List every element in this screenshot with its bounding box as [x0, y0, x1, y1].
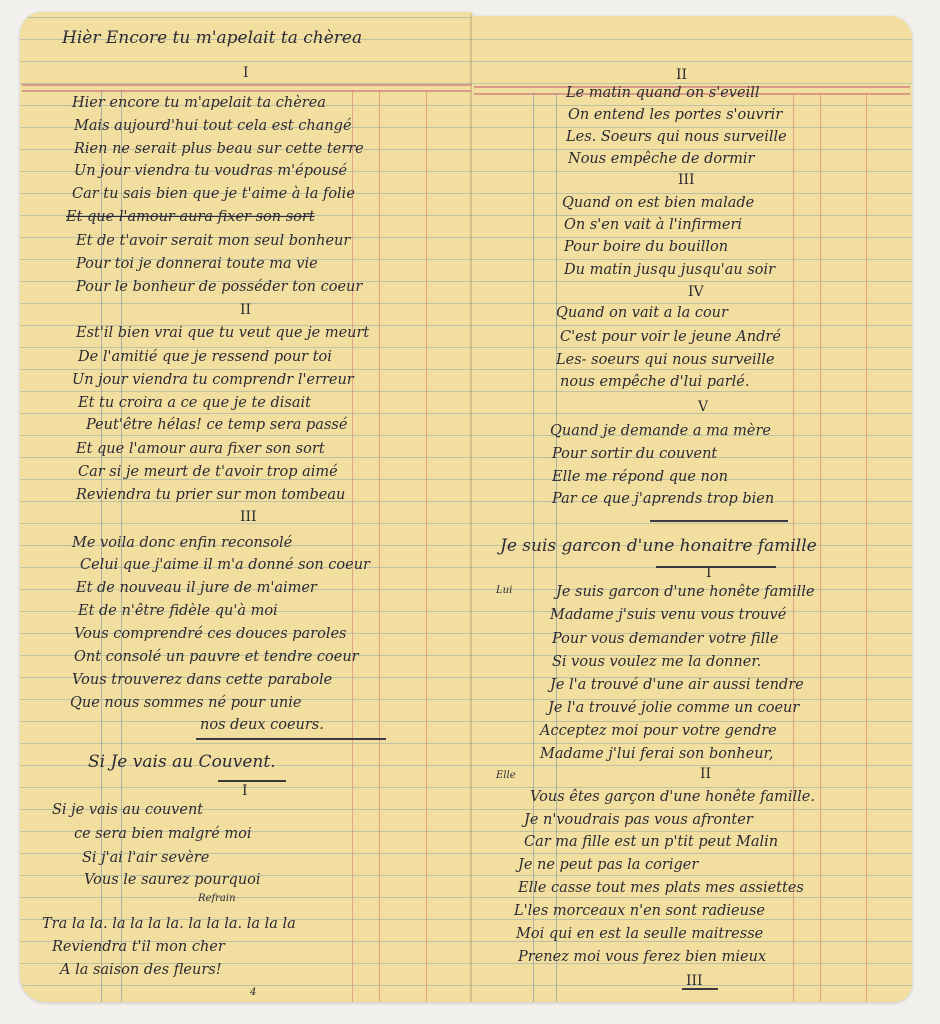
verse-line: Vous trouverez dans cette parabole [72, 673, 332, 688]
verse-line: Mais aujourd'hui tout cela est changé [74, 119, 352, 134]
song-title: Je suis garcon d'une honaitre famille [500, 538, 817, 555]
verse-line: Le matin quand on s'eveill [566, 86, 760, 101]
verse-line: Les- soeurs qui nous surveille [556, 353, 775, 368]
verse-number: III [240, 510, 257, 524]
section-underline [650, 520, 788, 522]
verse-number: I [242, 784, 248, 798]
verse-number: II [700, 767, 711, 781]
verse-line: Car si je meurt de t'avoir trop aimé [78, 465, 338, 480]
verse-line: Un jour viendra tu comprendr l'erreur [72, 373, 354, 388]
verse-line: Rien ne serait plus beau sur cette terre [74, 142, 364, 157]
red-header-rule [22, 84, 472, 86]
verse-line: Du matin jusqu jusqu'au soir [564, 263, 775, 278]
verse-line: Quand je demande a ma mère [550, 424, 771, 439]
verse-line: Par ce que j'aprends trop bien [552, 492, 774, 507]
refrain-line: Reviendra t'il mon cher [52, 940, 225, 955]
verse-line: Nous empêche de dormir [568, 152, 754, 167]
column-rule [426, 90, 427, 1002]
column-rule [352, 90, 353, 1002]
verse-line: Reviendra tu prier sur mon tombeau [76, 488, 345, 503]
verse-line: Et de nouveau il jure de m'aimer [76, 581, 317, 596]
title-underline [656, 566, 776, 568]
verse-line: Ont consolé un pauvre et tendre coeur [74, 650, 359, 665]
refrain-line: Tra la la. la la la la. la la la. la la … [42, 917, 296, 932]
refrain-line: A la saison des fleurs! [60, 963, 222, 978]
verse-number: I [243, 66, 249, 80]
verse-line: Un jour viendra tu voudras m'épousé [74, 164, 347, 179]
verse-line: Madame j'suis venu vous trouvé [550, 608, 786, 623]
verse-line: Me voila donc enfin reconsolé [72, 536, 292, 551]
speaker-label: Elle [496, 771, 516, 781]
red-header-rule [22, 90, 472, 92]
title-underline [218, 780, 286, 782]
verse-line: Acceptez moi pour votre gendre [540, 724, 777, 739]
verse-number: II [676, 68, 687, 82]
verse-line: Je n'voudrais pas vous afronter [524, 813, 753, 828]
verse-line: C'est pour voir le jeune André [560, 330, 781, 345]
verse-line: Elle casse tout mes plats mes assiettes [518, 881, 804, 896]
verse-line: Et que l'amour aura fixer son sort [76, 442, 325, 457]
verse-line: De l'amitié que je ressend pour toi [78, 350, 332, 365]
verse-line: Madame j'lui ferai son bonheur, [540, 747, 774, 762]
verse-line: Vous comprendré ces douces paroles [74, 627, 347, 642]
column-rule [379, 90, 380, 1002]
verse-line: Si je vais au couvent [52, 803, 203, 818]
section-underline [196, 738, 386, 740]
page-number: 4 [250, 988, 256, 998]
verse-line: Peut'être hélas! ce temp sera passé [86, 418, 347, 433]
verse-line: Vous êtes garçon d'une honête famille. [530, 790, 815, 805]
verse-line: Si vous voulez me la donner. [552, 655, 761, 670]
verse-line: Et tu croira a ce que je te disait [78, 396, 311, 411]
notebook-spread: Hièr Encore tu m'apelait ta chèrea I Hie… [0, 0, 940, 1024]
struck-verse-line: Et que l'amour aura fixer son sort [66, 210, 315, 225]
column-rule [820, 93, 821, 1002]
verse-line: Pour toi je donnerai toute ma vie [76, 257, 318, 272]
verse-line: Pour boire du bouillon [564, 240, 728, 255]
verse-line: Pour vous demander votre fille [552, 632, 779, 647]
verse-line: Je l'a trouvé jolie comme un coeur [548, 701, 799, 716]
verse-line: Car ma fille est un p'tit peut Malin [524, 835, 778, 850]
section-underline [682, 988, 718, 990]
verse-line: Prenez moi vous ferez bien mieux [518, 950, 766, 965]
song-title: Si Je vais au Couvent. [88, 754, 276, 771]
verse-line: L'les morceaux n'en sont radieuse [514, 904, 765, 919]
verse-number: II [240, 303, 251, 317]
verse-number: III [686, 974, 703, 988]
refrain-label: Refrain [198, 894, 236, 904]
verse-line: Elle me répond que non [552, 470, 728, 485]
verse-number: III [678, 173, 695, 187]
verse-line: Quand on vait a la cour [556, 306, 728, 321]
verse-line: On s'en vait à l'infirmeri [564, 218, 742, 233]
verse-line: Je suis garcon d'une honête famille [556, 585, 815, 600]
verse-line: Et de n'être fidèle qu'à moi [78, 604, 278, 619]
song-title: Hièr Encore tu m'apelait ta chèrea [62, 30, 362, 47]
verse-line: Moi qui en est la seulle maitresse [516, 927, 763, 942]
verse-line: On entend les portes s'ouvrir [568, 108, 782, 123]
verse-line: Si j'ai l'air sevère [82, 851, 209, 866]
verse-number: I [706, 566, 712, 580]
verse-line: Les. Soeurs qui nous surveille [566, 130, 787, 145]
column-rule [866, 93, 867, 1002]
verse-number: IV [688, 285, 704, 299]
verse-line: ce sera bien malgré moi [74, 827, 252, 842]
verse-line: Hier encore tu m'apelait ta chèrea [72, 96, 326, 111]
verse-line: Pour sortir du couvent [552, 447, 717, 462]
verse-line: Vous le saurez pourquoi [84, 873, 261, 888]
verse-line: Celui que j'aime il m'a donné son coeur [80, 558, 370, 573]
verse-number: V [698, 400, 708, 414]
verse-line: nos deux coeurs. [200, 718, 324, 733]
verse-line: nous empêche d'lui parlé. [560, 375, 749, 390]
gutter-fold [470, 14, 473, 1002]
verse-line: Je ne peut pas la coriger [518, 858, 698, 873]
verse-line: Et de t'avoir serait mon seul bonheur [76, 234, 350, 249]
verse-line: Je l'a trouvé d'une air aussi tendre [550, 678, 804, 693]
speaker-label: Lui [496, 586, 512, 596]
verse-line: Est'il bien vrai que tu veut que je meur… [76, 326, 369, 341]
verse-line: Car tu sais bien que je t'aime à la foli… [72, 187, 355, 202]
verse-line: Quand on est bien malade [562, 196, 754, 211]
verse-line: Que nous sommes né pour unie [70, 696, 302, 711]
verse-line: Pour le bonheur de posséder ton coeur [76, 280, 362, 295]
